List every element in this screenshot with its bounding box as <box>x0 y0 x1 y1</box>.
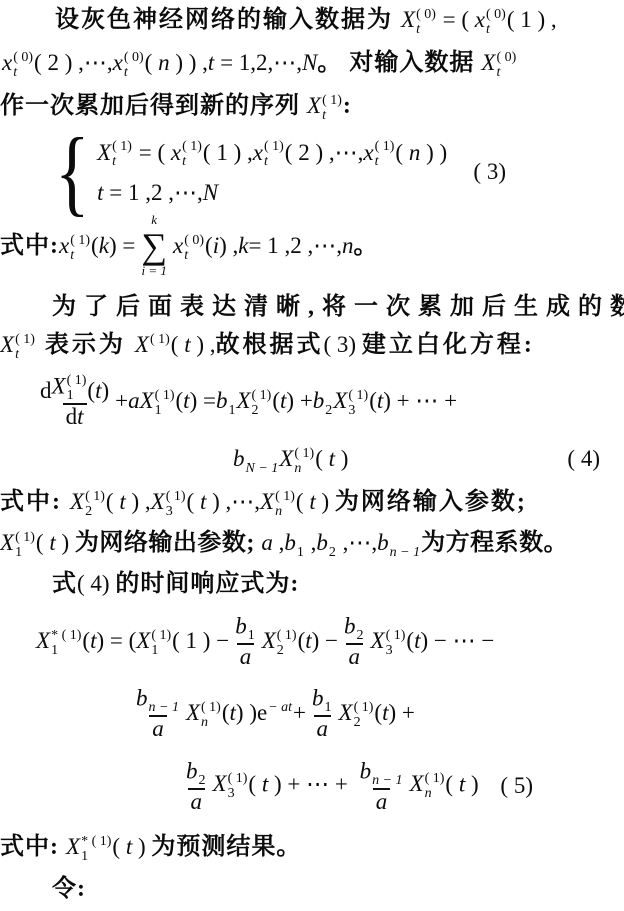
math-base: X <box>213 771 227 796</box>
math-supsub: X( 1)3 <box>213 771 249 796</box>
math-var: a <box>376 790 388 814</box>
math-supsub: X( 1)t <box>0 332 36 357</box>
equation-number-5: ( 5) <box>500 769 533 803</box>
subscript: 3 <box>348 403 355 418</box>
superscript: ( 1) <box>277 628 297 643</box>
math-base: X <box>262 628 276 653</box>
math-supsub: X( 1)n <box>186 696 222 730</box>
numerator: b2 <box>341 613 368 643</box>
numerator: bn − 1 <box>357 758 407 788</box>
math-text: ( <box>106 489 119 514</box>
math-scripts: ( 1)3 <box>386 628 406 658</box>
math-text: ( <box>272 384 280 418</box>
math-scripts: ( 1)n <box>294 446 314 476</box>
math-scripts: ( 1)t <box>112 139 132 169</box>
chinese-text: 设灰色神经网络的输入数据为 <box>55 7 401 33</box>
superscript: ( 0) <box>486 7 506 22</box>
denominator: a <box>373 788 391 814</box>
subscript: t <box>264 154 268 169</box>
math-base: X <box>333 388 347 413</box>
math-fraction: b2a <box>341 613 368 669</box>
superscript: ( 1) <box>348 388 368 403</box>
subscript: 2 <box>252 403 259 418</box>
math-base: X <box>279 446 293 471</box>
math-text: ( <box>112 834 125 859</box>
math-base: b <box>186 758 198 783</box>
math-scripts: 1 <box>325 685 332 715</box>
chinese-text: 作一次累加后得到新的序列 <box>0 93 307 119</box>
equation-4-line1: dX( 1)1( t )dt + aX( 1)1( t ) = b1X( 1)2… <box>0 370 624 432</box>
subscript: 1 <box>151 643 158 658</box>
math-supsub: X( 1)2 <box>70 489 106 514</box>
chinese-text: 为网络输出参数; <box>75 530 262 556</box>
math-scripts: ( 1)2 <box>354 700 374 730</box>
math-scripts: ( 0)t <box>486 7 506 37</box>
subscript: 2 <box>277 643 284 658</box>
math-text: d <box>66 405 78 429</box>
math-text: = 1 ,2 ,⋯, <box>103 180 202 205</box>
numerator: b2 <box>183 758 210 788</box>
math-scripts: 2 <box>199 758 206 788</box>
chinese-text: 建立白化方程: <box>362 332 535 358</box>
math-base: b <box>216 388 228 413</box>
denominator: a <box>237 643 255 669</box>
superscript: ( 1) <box>15 332 35 347</box>
math-text: ) ) <box>236 696 257 730</box>
subscript: t <box>375 154 379 169</box>
math-scripts: ( 1)t <box>15 332 35 362</box>
denominator: dt <box>63 403 87 429</box>
math-supsub: b1 <box>284 530 305 555</box>
superscript: ( 1) <box>182 139 202 154</box>
equation-4-note-line2: X( 1)1( t ) 为网络输出参数; a ,b1 ,b2 ,⋯,bn − 1… <box>0 526 624 560</box>
math-text: ( 1 ) , <box>507 7 557 32</box>
subscript: N − 1 <box>246 461 279 476</box>
math-fraction: b2a <box>183 758 210 814</box>
numerator: b1 <box>232 613 259 643</box>
chinese-text: 为网络输入参数; <box>335 489 527 515</box>
math-text: ( 1 ) − <box>172 624 229 658</box>
math-text: ) = <box>109 229 135 263</box>
subscript: t <box>15 347 19 362</box>
superscript: ( 1) <box>15 530 35 545</box>
math-supsub: bn − 1 <box>136 685 180 715</box>
math-scripts: N − 1 <box>246 446 279 476</box>
subscript: 2 <box>199 773 206 788</box>
equation-5-line1: X* ( 1)1( t ) = ( X( 1)1( 1 ) − b1aX( 1)… <box>0 610 624 672</box>
math-text: ( <box>406 624 414 658</box>
math-fraction: bn − 1a <box>357 758 407 814</box>
superscript: ( 0) <box>13 50 33 65</box>
math-scripts: ( 1)t <box>70 233 90 263</box>
chinese-text: 式中: <box>0 834 66 860</box>
equation-4-note-line3: 式( 4) 的时间响应式为: <box>0 567 624 601</box>
math-text: ( <box>374 696 382 730</box>
math-supsub: X( 1)2 <box>236 384 272 418</box>
chinese-text: 。 <box>353 229 378 263</box>
math-base: x <box>475 7 485 32</box>
math-supsub: X( 1)t <box>97 140 133 165</box>
chinese-text: 式中: <box>0 229 59 263</box>
math-base: b <box>344 613 356 638</box>
math-scripts: ( 1)n <box>425 771 445 801</box>
math-text: ) <box>132 834 151 859</box>
math-var: k <box>99 229 109 263</box>
math-var: a <box>261 530 273 555</box>
chinese-text: 为了后面表达清晰,将一次累加后生成的数列 <box>52 294 624 320</box>
numerator: bn − 1 <box>133 685 183 715</box>
math-base: X <box>236 388 250 413</box>
math-supsub: X( 1)1 <box>136 624 172 658</box>
math-scripts: * ( 1)1 <box>81 834 111 864</box>
subscript: n <box>201 715 208 730</box>
math-text: ) + ⋯ + <box>268 771 353 796</box>
math-base: b <box>377 530 389 555</box>
math-supsub: X( 1)2 <box>339 696 375 730</box>
math-scripts: 2 <box>325 388 332 418</box>
math-scripts: ( 1)t <box>264 139 284 169</box>
superscript: ( 0) <box>124 50 144 65</box>
chinese-text: : <box>343 93 352 119</box>
math-base: b <box>312 685 324 710</box>
math-supsub: b2 <box>313 384 334 418</box>
math-text: ) − <box>312 624 338 658</box>
paragraph1-line3: 作一次累加后得到新的序列 X( 1)t: <box>0 89 624 123</box>
subscript: t <box>124 65 128 80</box>
sigma-icon: ∑ <box>141 228 167 264</box>
math-base: b <box>235 613 247 638</box>
subscript: 1 <box>15 545 22 560</box>
subscript: t <box>112 154 116 169</box>
math-text: ( <box>145 50 158 75</box>
math-text: ( 2 ) ,⋯, <box>34 50 113 75</box>
equation-5-note: 式中: X* ( 1)1( t ) 为预测结果。 <box>0 830 624 864</box>
superscript: * ( 1) <box>81 834 111 849</box>
math-base: b <box>136 685 148 710</box>
math-base: x <box>173 233 183 258</box>
math-scripts: ( 1)t <box>375 139 395 169</box>
math-base: x <box>2 50 12 75</box>
paragraph1-line2: x( 0)t( 2 ) ,⋯,x( 0)t( n ) ) ,t = 1,2,⋯,… <box>0 46 624 80</box>
math-text: ( 3) <box>324 332 362 357</box>
superscript: ( 1) <box>150 332 170 347</box>
paragraph2-line1: 为了后面表达清晰,将一次累加后生成的数列 <box>0 290 624 324</box>
subscript: 1 <box>325 700 332 715</box>
math-supsub: x( 0)t <box>173 229 205 263</box>
math-text: ( <box>395 140 408 165</box>
math-base: X <box>260 489 274 514</box>
math-text: ( <box>87 379 95 403</box>
math-scripts: ( 0)t <box>496 50 516 80</box>
math-scripts: ( 0)t <box>416 7 436 37</box>
math-var: a <box>349 645 361 669</box>
equation-4-line2: bN − 1X( 1)n( t ) ( 4) <box>0 440 624 478</box>
math-base: X <box>481 50 495 75</box>
math-scripts: ( 1)1 <box>151 628 171 658</box>
math-text: ( <box>176 384 184 418</box>
math-text: ( <box>369 384 377 418</box>
math-text: ) <box>335 446 348 471</box>
math-text: ( <box>82 624 90 658</box>
math-text: ) , <box>219 229 238 263</box>
math-var: a <box>152 717 164 741</box>
math-supsub: b1 <box>216 384 237 418</box>
closing-line: 令: <box>0 872 624 906</box>
subscript: n − 1 <box>149 700 179 715</box>
subscript: n <box>294 461 301 476</box>
math-text: d <box>40 379 52 403</box>
math-scripts: n − 1 <box>149 685 179 715</box>
math-base: X <box>135 332 149 357</box>
superscript: ( 1) <box>151 628 171 643</box>
math-base: X <box>401 7 415 32</box>
math-supsub: X* ( 1)1 <box>36 624 82 658</box>
subscript: t <box>13 65 17 80</box>
subscript: t <box>70 248 74 263</box>
math-var: t <box>77 405 83 429</box>
math-supsub: X( 1)1 <box>52 373 88 403</box>
math-base: X <box>371 628 385 653</box>
math-text: ( <box>315 446 328 471</box>
math-supsub: b1 <box>312 685 333 715</box>
math-supsub: X( 1)1 <box>140 384 176 418</box>
subscript: 2 <box>85 504 92 519</box>
superscript: ( 1) <box>354 700 374 715</box>
math-scripts: 1 <box>228 388 235 418</box>
subscript: t <box>182 154 186 169</box>
math-var: k <box>238 229 248 263</box>
math-supsub: x( 0)t <box>113 50 145 75</box>
math-text: ( <box>298 624 306 658</box>
math-text: ) = ( <box>96 624 136 658</box>
math-scripts: ( 1)3 <box>348 388 368 418</box>
math-scripts: ( 1)2 <box>85 489 105 519</box>
math-supsub: X( 0)t <box>481 50 517 75</box>
subscript: 2 <box>354 715 361 730</box>
math-var: n <box>342 229 354 263</box>
math-base: X <box>136 628 150 653</box>
denominator: a <box>188 788 206 814</box>
math-scripts: 1 <box>297 530 304 560</box>
math-text: ) <box>465 771 478 796</box>
math-supsub: X( 1)t <box>307 93 343 118</box>
subscript: t <box>322 108 326 123</box>
subscript: 1 <box>228 403 235 418</box>
math-base: X <box>97 140 111 165</box>
superscript: ( 1) <box>252 388 272 403</box>
equation-4-continuation: bN − 1X( 1)n( t ) <box>233 442 348 476</box>
chinese-text: 式 <box>52 571 77 597</box>
subscript: n − 1 <box>390 545 420 560</box>
math-base: b <box>360 758 372 783</box>
math-supsub: bn − 1 <box>377 530 421 555</box>
cases-rows: X( 1)t = ( x( 1)t( 1 ) ,x( 1)t( 2 ) ,⋯,x… <box>97 135 447 210</box>
subscript: 2 <box>357 628 364 643</box>
math-base: x <box>253 140 263 165</box>
equation-5-line3: b2aX( 1)3( t ) + ⋯ + bn − 1aX( 1)n( t ) … <box>0 755 624 817</box>
math-base: X <box>307 93 321 118</box>
math-text: = ( <box>437 7 475 32</box>
math-var: N <box>302 50 317 75</box>
subscript: 1 <box>155 403 162 418</box>
math-text: ) + <box>286 384 312 418</box>
equation-5-line2: bn − 1aX( 1)n( t ) ) e− at + b1aX( 1)2( … <box>0 682 624 744</box>
subscript: t <box>496 65 500 80</box>
math-base: X <box>66 834 80 859</box>
math-scripts: ( 1)n <box>275 489 295 519</box>
math-base: X <box>0 530 14 555</box>
math-supsub: x( 1)t <box>59 229 91 263</box>
math-supsub: b2 <box>344 613 365 643</box>
math-supsub: X( 1)1 <box>0 530 36 555</box>
equation-number-4: ( 4) <box>567 442 600 476</box>
math-scripts: 2 <box>329 530 336 560</box>
math-text: ( <box>36 530 49 555</box>
math-var: a <box>317 717 329 741</box>
math-supsub: e− at <box>257 696 293 730</box>
superscript: * ( 1) <box>51 628 81 643</box>
math-supsub: X( 1)3 <box>371 624 407 658</box>
denominator: a <box>346 643 364 669</box>
math-supsub: x( 0)t <box>2 50 34 75</box>
math-base: b <box>313 388 325 413</box>
math-supsub: X( 1)3 <box>333 384 369 418</box>
math-base: X <box>186 700 200 725</box>
math-base: x <box>171 140 181 165</box>
numerator: dX( 1)1( t ) <box>37 373 112 403</box>
math-base: X <box>52 373 66 398</box>
math-text: ) ) , <box>170 50 208 75</box>
math-text: = ( <box>133 140 171 165</box>
math-supsub: X( 1)3 <box>151 489 187 514</box>
math-fraction: b1a <box>309 685 336 741</box>
subscript: 2 <box>329 545 336 560</box>
subscript: t <box>416 22 420 37</box>
math-text: ) <box>56 530 75 555</box>
math-base: b <box>233 446 245 471</box>
math-scripts: n − 1 <box>372 758 402 788</box>
math-text: ) , <box>126 489 151 514</box>
subscript: t <box>486 22 490 37</box>
math-base: X <box>36 628 50 653</box>
math-var: n <box>409 140 421 165</box>
superscript: ( 1) <box>70 233 90 248</box>
subscript: t <box>184 248 188 263</box>
superscript: ( 1) <box>375 139 395 154</box>
math-scripts: ( 0)t <box>13 50 33 80</box>
math-sum: k∑i = 1 <box>141 213 167 279</box>
math-scripts: n − 1 <box>390 530 420 560</box>
superscript: − at <box>268 700 292 715</box>
math-supsub: b1 <box>235 613 256 643</box>
math-text: ( <box>248 771 261 796</box>
math-text: ( <box>91 229 99 263</box>
math-text: ) + <box>388 696 414 730</box>
superscript: ( 1) <box>322 93 342 108</box>
math-scripts: ( 1)2 <box>277 628 297 658</box>
equation-4-note-line1: 式中: X( 1)2( t ) ,X( 1)3( t ) ,⋯,X( 1)n( … <box>0 485 624 519</box>
sum-lower-limit: i = 1 <box>141 264 166 279</box>
chinese-text: 为方程系数。 <box>421 530 568 556</box>
chinese-text: 式中: <box>0 489 70 515</box>
math-text: ( <box>205 229 213 263</box>
math-base: x <box>363 140 373 165</box>
superscript: ( 1) <box>275 489 295 504</box>
numerator: b1 <box>309 685 336 715</box>
subscript: 2 <box>325 403 332 418</box>
math-scripts: ( 1)1 <box>67 373 87 403</box>
math-text: ( <box>171 332 184 357</box>
superscript: ( 1) <box>85 489 105 504</box>
math-text: ) ) <box>420 140 447 165</box>
equation-3-row2: t = 1 ,2 ,⋯,N <box>97 175 447 210</box>
math-text: ( 2 ) ,⋯, <box>285 140 364 165</box>
math-base: x <box>113 50 123 75</box>
superscript: ( 1) <box>386 628 406 643</box>
math-text: ( 1 ) , <box>203 140 253 165</box>
denominator: a <box>149 715 167 741</box>
math-scripts: 1 <box>248 613 255 643</box>
math-fraction: b1a <box>232 613 259 669</box>
math-supsub: X( 1)2 <box>262 624 298 658</box>
equation-number-3: ( 3) <box>473 155 506 189</box>
math-scripts: ( 1)n <box>201 700 221 730</box>
math-text: ( <box>222 696 230 730</box>
math-supsub: X* ( 1)1 <box>66 834 112 859</box>
math-text: , <box>305 530 317 555</box>
math-base: e <box>257 700 267 725</box>
paper-page: 设灰色神经网络的输入数据为 X( 0)t = ( x( 0)t( 1 ) , x… <box>0 0 624 911</box>
superscript: ( 0) <box>496 50 516 65</box>
math-text: ) − ⋯ − <box>420 624 494 658</box>
math-text: + <box>293 696 306 730</box>
subscript: 1 <box>81 849 88 864</box>
math-supsub: b2 <box>186 758 207 788</box>
math-supsub: bN − 1 <box>233 446 279 471</box>
math-supsub: X( 1)n <box>279 446 315 471</box>
math-base: X <box>151 489 165 514</box>
math-text: ) ,⋯, <box>206 489 260 514</box>
math-text: , <box>273 530 285 555</box>
subscript: 1 <box>67 388 74 403</box>
math-text: ) + ⋯ + <box>383 384 457 418</box>
subscript: 1 <box>297 545 304 560</box>
denominator: a <box>314 715 332 741</box>
math-scripts: * ( 1)1 <box>51 628 81 658</box>
math-scripts: ( 1)2 <box>252 388 272 418</box>
subscript: 1 <box>248 628 255 643</box>
math-text: = 1 ,2 ,⋯, <box>249 229 342 263</box>
math-var: n <box>158 50 170 75</box>
superscript: ( 1) <box>67 373 87 388</box>
math-supsub: X( 1) <box>135 332 171 357</box>
subscript: n <box>275 504 282 519</box>
math-text: ( <box>296 489 309 514</box>
math-scripts: ( 0)t <box>184 233 204 263</box>
equation-3: { X( 1)t = ( x( 1)t( 1 ) ,x( 1)t( 2 ) ,⋯… <box>0 128 624 216</box>
math-scripts: 2 <box>357 613 364 643</box>
superscript: ( 1) <box>166 489 186 504</box>
equation-3-note: 式中: x( 1)t( k ) = k∑i = 1x( 0)t( i ) ,k … <box>0 212 624 280</box>
math-scripts: ( 0)t <box>124 50 144 80</box>
math-base: x <box>59 233 69 258</box>
math-base: X <box>0 332 14 357</box>
math-scripts: ( 1)t <box>322 93 342 123</box>
math-supsub: b2 <box>316 530 337 555</box>
superscript: ( 1) <box>112 139 132 154</box>
math-var: a <box>240 645 252 669</box>
math-scripts: ( 1)1 <box>15 530 35 560</box>
